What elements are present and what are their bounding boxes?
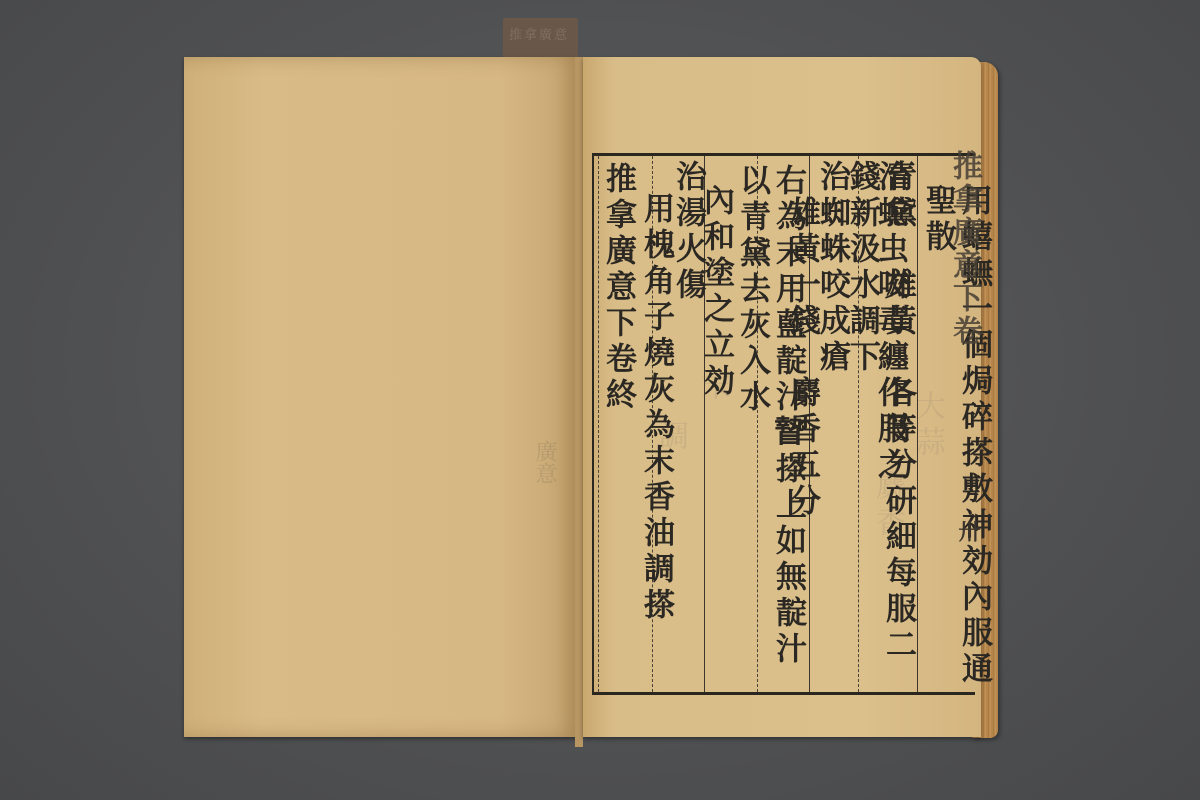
label-tab: 推拿廣意 xyxy=(503,18,578,58)
printed-frame: 用蟢蟱一個焗碎搽敷神効內服通聖散 治蛇虫咬毒纏作服之 青黛 雄黃 各等分研細每服… xyxy=(592,153,975,695)
left-page-bleed-through: 廣意 xyxy=(530,440,560,640)
text-column-8: 治湯火傷 xyxy=(670,160,706,304)
text-column-10: 推拿廣意下卷終 xyxy=(600,162,636,414)
running-title: 推拿廣意下卷 xyxy=(942,150,986,348)
gutter xyxy=(575,57,583,747)
column-rule xyxy=(917,156,918,692)
folio-mark: 卅 xyxy=(952,520,983,542)
text-column-9: 用槐角子燒灰為末香油調搽 xyxy=(638,192,674,624)
left-page xyxy=(184,57,579,737)
column-rule xyxy=(598,156,599,692)
text-column-6: 右為末用藍靛汁𥊍搽上如無靛汁以青黛去灰入水 xyxy=(734,164,806,692)
tab-label: 推拿廣意 xyxy=(509,24,569,43)
text-column-3: 青黛 雄黃 各等分研細每服二錢新汲水調下 xyxy=(844,160,916,692)
